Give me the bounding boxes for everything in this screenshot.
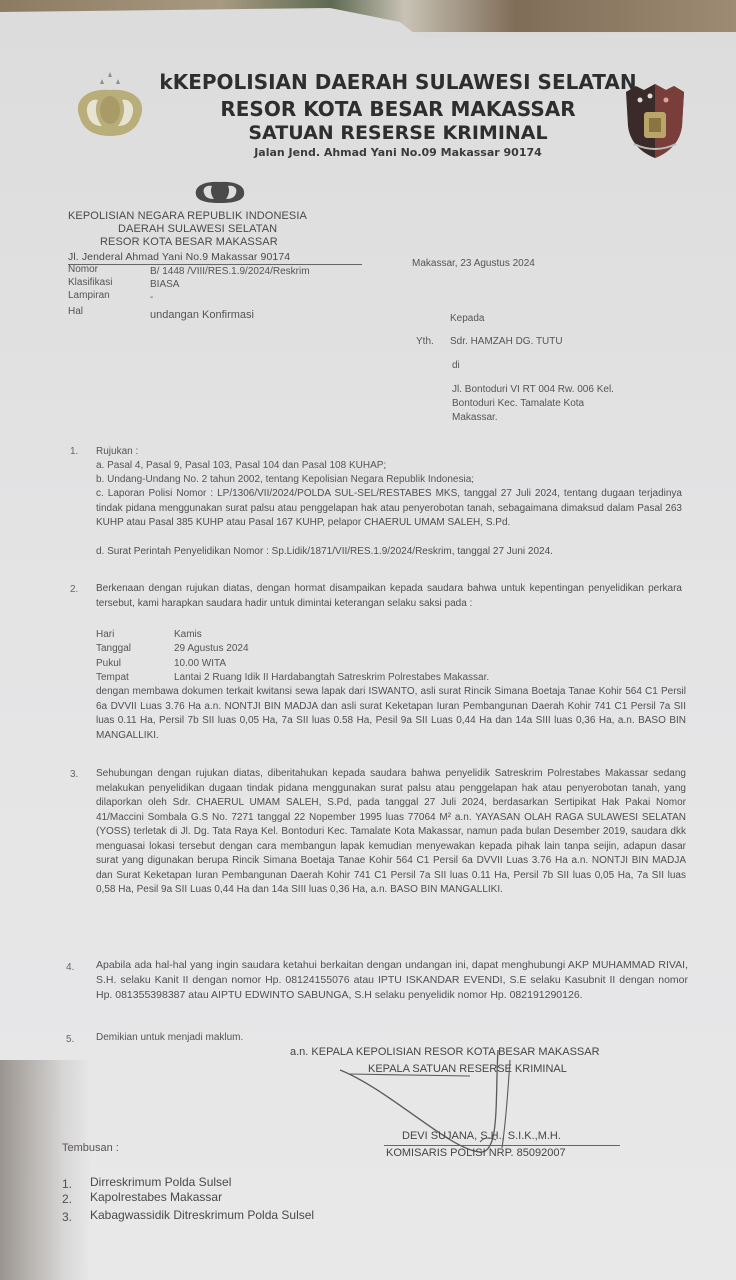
recipient-address-3: Makassar.	[452, 412, 498, 423]
hari-label: Hari	[96, 629, 114, 640]
recipient-address-2: Bontoduri Kec. Tamalate Kota	[452, 398, 584, 409]
rujukan-d: d. Surat Perintah Penyelidikan Nomor : S…	[96, 545, 682, 560]
tanggal-label: Tanggal	[96, 643, 131, 654]
tanggal-value: 29 Agustus 2024	[174, 643, 249, 654]
hal-label: Hal	[68, 306, 83, 317]
hal-value: undangan Konfirmasi	[150, 309, 254, 321]
yth-label: Yth.	[416, 336, 434, 347]
tembusan-2-text: Kapolrestabes Makassar	[90, 1190, 222, 1204]
section-2-documents: dengan membawa dokumen terkait kwitansi …	[96, 685, 686, 743]
place-date: Makassar, 23 Agustus 2024	[412, 258, 535, 269]
inner-header-line-2: DAERAH SULAWESI SELATAN	[118, 223, 277, 235]
recipient-address-1: Jl. Bontoduri VI RT 004 Rw. 006 Kel.	[452, 384, 614, 395]
section-5-text: Demikian untuk menjadi maklum.	[96, 1032, 243, 1043]
reskrim-shield-icon	[622, 82, 688, 160]
rujukan-c: c. Laporan Polisi Nomor : LP/1306/VII/20…	[96, 487, 682, 531]
tembusan-3-text: Kabagwassidik Ditreskrimum Polda Sulsel	[90, 1208, 314, 1222]
pukul-value: 10.00 WITA	[174, 658, 226, 669]
tempat-label: Tempat	[96, 672, 129, 683]
nomor-label: Nomor	[68, 264, 98, 275]
section-4-number: 4.	[66, 962, 74, 973]
lampiran-value: -	[150, 292, 153, 303]
klasifikasi-label: Klasifikasi	[68, 277, 112, 288]
kepada-label: Kepada	[450, 313, 484, 324]
nomor-value: B/ 1448 /VIII/RES.1.9/2024/Reskrim	[150, 266, 310, 277]
handwritten-signature-icon	[330, 1040, 560, 1160]
signatory-rank: KOMISARIS POLISI NRP. 85092007	[386, 1147, 566, 1159]
inner-header-line-3: RESOR KOTA BESAR MAKASSAR	[100, 236, 278, 248]
section-3-text: Sehubungan dengan rujukan diatas, diberi…	[96, 767, 686, 898]
tempat-value: Lantai 2 Ruang Idik II Hardabangtah Satr…	[174, 672, 489, 683]
recipient-name: Sdr. HAMZAH DG. TUTU	[450, 336, 563, 347]
section-3-number: 3.	[70, 769, 78, 780]
klasifikasi-value: BIASA	[150, 279, 179, 290]
signature-underline	[384, 1145, 620, 1146]
section-5-number: 5.	[66, 1034, 74, 1045]
small-police-emblem-icon	[190, 175, 250, 205]
rujukan-b: b. Undang-Undang No. 2 tahun 2002, tenta…	[96, 474, 474, 485]
section-2-text: Berkenaan dengan rujukan diatas, dengan …	[96, 582, 682, 611]
di-label: di	[452, 360, 460, 371]
header-underline	[68, 264, 362, 265]
lampiran-label: Lampiran	[68, 290, 110, 301]
inner-header-address: Jl. Jenderal Ahmad Yani No.9 Makassar 90…	[68, 251, 290, 263]
section-4-text: Apabila ada hal-hal yang ingin saudara k…	[96, 958, 688, 1003]
section-2-number: 2.	[70, 584, 78, 595]
hari-value: Kamis	[174, 629, 202, 640]
tembusan-1-text: Dirreskrimum Polda Sulsel	[90, 1175, 231, 1189]
section-1-number: 1.	[70, 446, 78, 457]
rujukan-a: a. Pasal 4, Pasal 9, Pasal 103, Pasal 10…	[96, 460, 386, 471]
section-1-title: Rujukan :	[96, 446, 138, 457]
inner-header-line-1: KEPOLISIAN NEGARA REPUBLIK INDONESIA	[68, 210, 307, 222]
finger-shadow	[0, 1060, 90, 1280]
signatory-name: DEVI SUJANA, S.H., S.I.K.,M.H.	[402, 1130, 561, 1142]
pukul-label: Pukul	[96, 658, 121, 669]
